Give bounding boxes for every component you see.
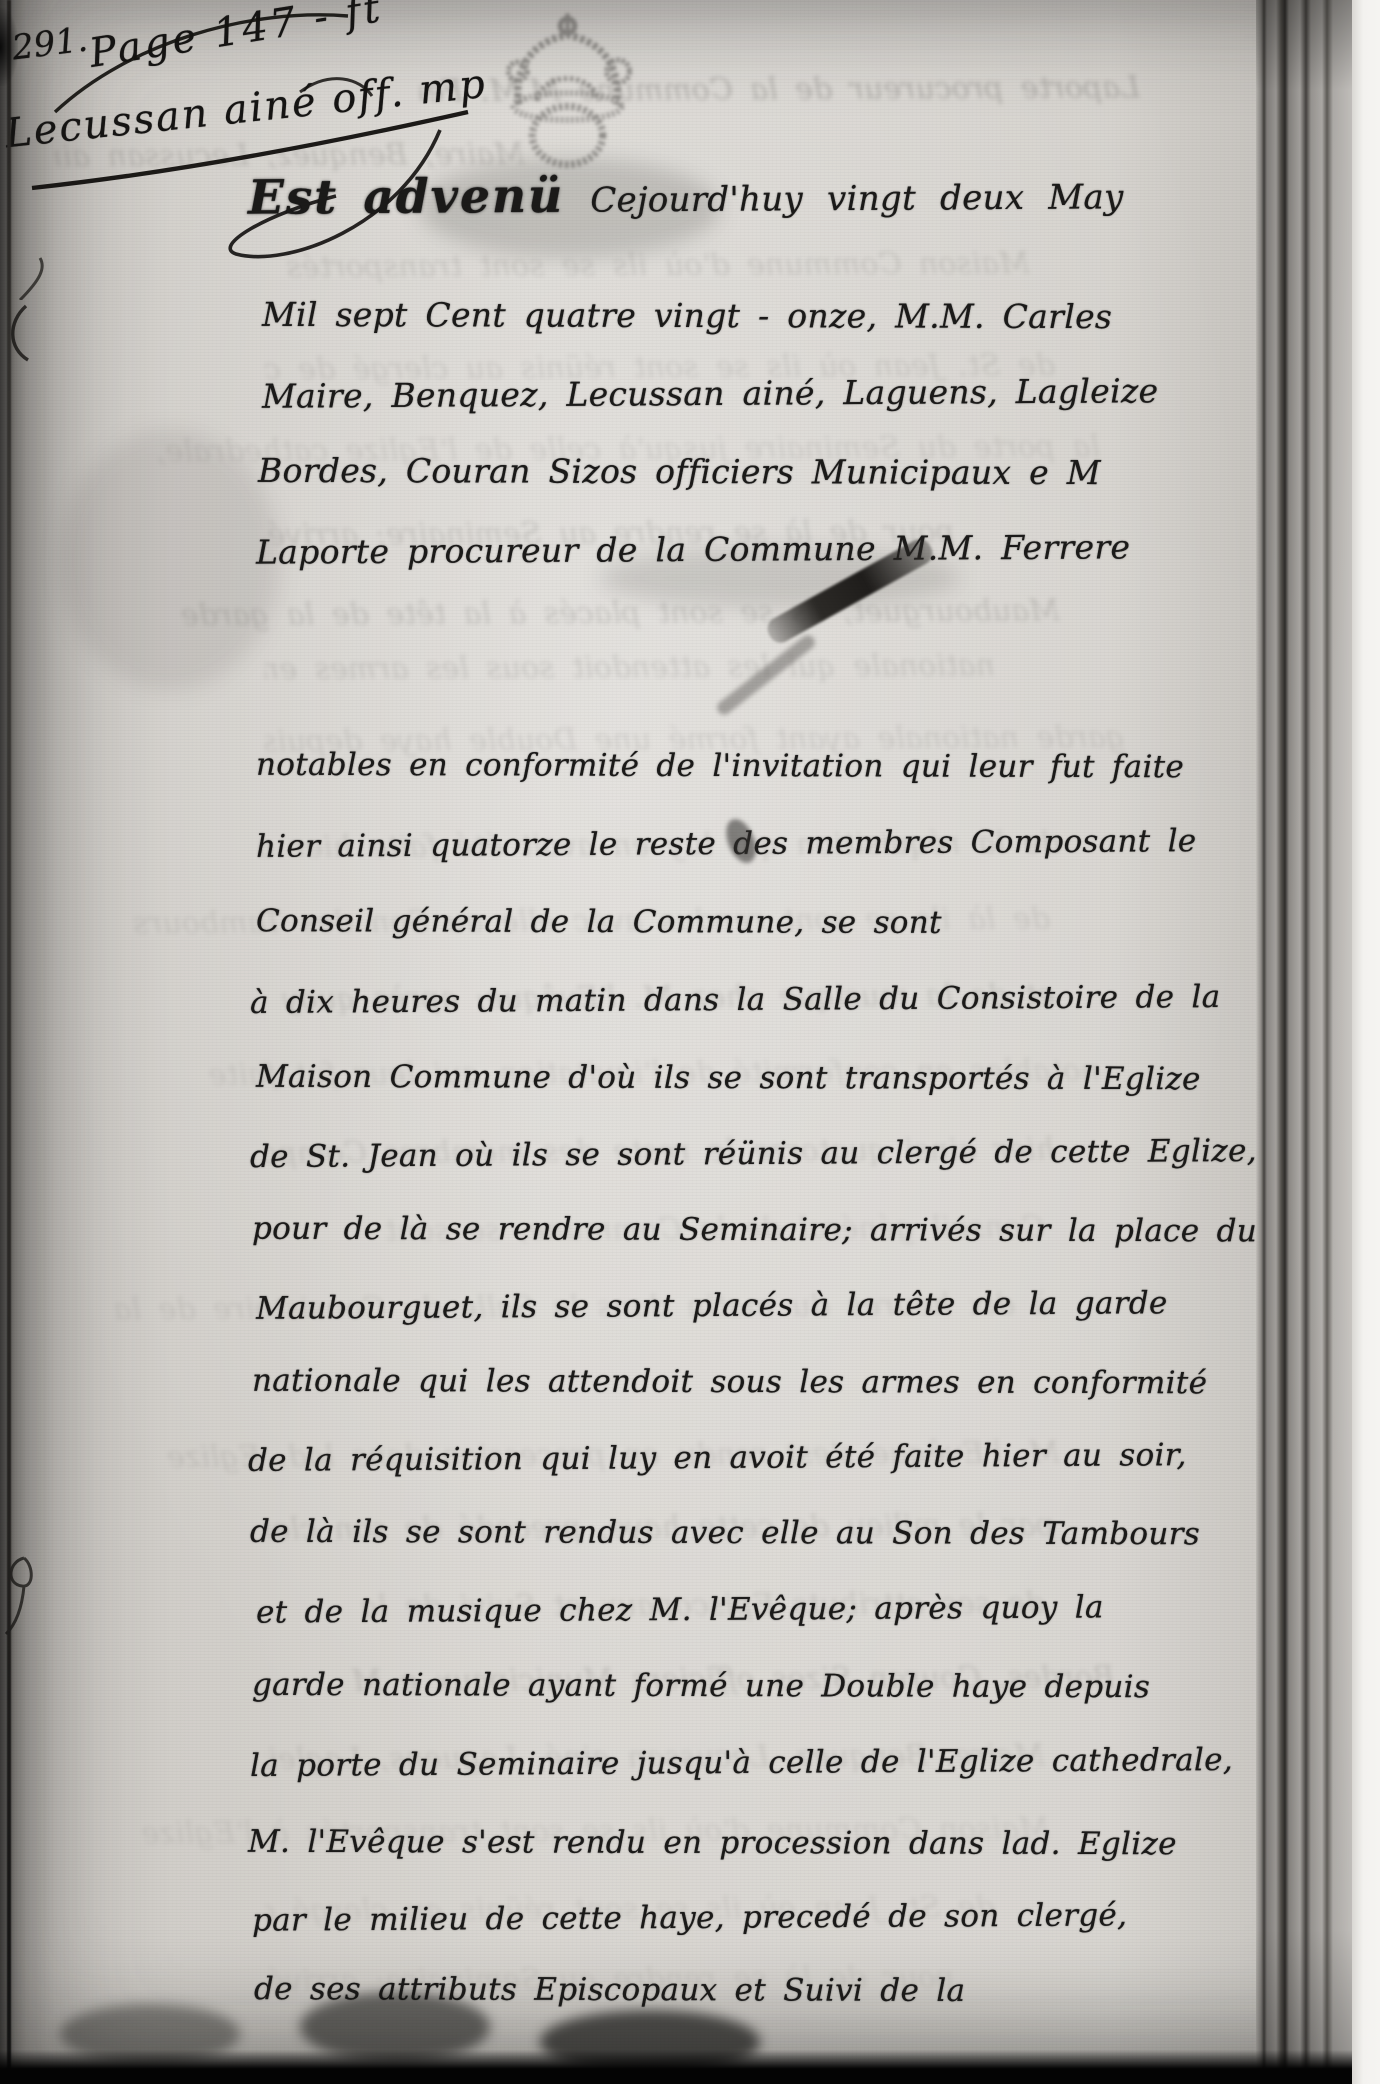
manuscript-line: par le milieu de cette haye, precedé de … xyxy=(252,1897,1127,1938)
manuscript-line: Mil sept Cent quatre vingt - onze, M.M. … xyxy=(262,295,1112,336)
manuscript-line: garde nationale ayant formé une Double h… xyxy=(252,1667,1150,1705)
manuscript-line: Conseil général de la Commune, se sont xyxy=(256,903,942,941)
manuscript-line: Laporte procureur de la Commune M.M. Fer… xyxy=(256,527,1131,571)
manuscript-scan: Laporte procureur de la Commune M.M. Fer… xyxy=(0,0,1380,2084)
corner-shadow xyxy=(0,8,18,86)
manuscript-line: pour de là se rendre au Seminaire; arriv… xyxy=(252,1211,1257,1250)
manuscript-line: notables en conformité de l'invitation q… xyxy=(256,747,1184,785)
paper-smudge xyxy=(60,430,280,690)
line-text: Cejourd'huy vingt deux May xyxy=(590,177,1124,220)
gutter-line xyxy=(7,0,11,2084)
crown-stamp-icon xyxy=(490,4,645,176)
manuscript-line: de St. Jean où ils se sont réünis au cle… xyxy=(250,1133,1257,1175)
scanner-background-strip xyxy=(1352,0,1380,2084)
manuscript-line: nationale qui les attendoit sous les arm… xyxy=(252,1363,1207,1402)
opening-words: Est advenü xyxy=(248,169,565,226)
manuscript-line: et de la musique chez M. l'Evêque; après… xyxy=(256,1589,1104,1630)
page-edge-left xyxy=(0,0,26,2084)
manuscript-line: de la réquisition qui luy en avoit été f… xyxy=(248,1437,1187,1479)
manuscript-line: la porte du Seminaire jusqu'à celle de l… xyxy=(250,1742,1233,1784)
manuscript-line: de là ils se sont rendus avec elle au So… xyxy=(250,1514,1200,1552)
manuscript-line: Est advenüCejourd'huy vingt deux May xyxy=(248,165,1124,225)
page-edge-bottom xyxy=(0,2050,1352,2084)
manuscript-line: Bordes, Couran Sizos officiers Municipau… xyxy=(258,451,1101,492)
binding-shading xyxy=(1256,0,1352,2084)
manuscript-line: M. l'Evêque s'est rendu en procession da… xyxy=(248,1824,1177,1862)
manuscript-line: Maison Commune d'où ils se sont transpor… xyxy=(256,1059,1201,1097)
manuscript-line: à dix heures du matin dans la Salle du C… xyxy=(250,979,1221,1021)
manuscript-line: Maire, Benquez, Lecussan ainé, Laguens, … xyxy=(262,371,1159,415)
manuscript-line: Maubourguet, ils se sont placés à la têt… xyxy=(256,1285,1168,1327)
